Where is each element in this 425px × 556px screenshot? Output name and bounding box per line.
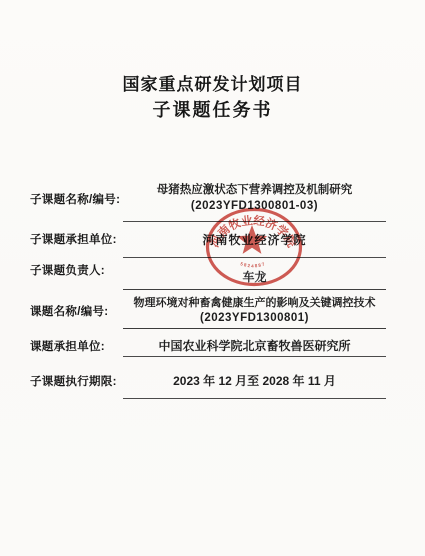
project-number-value: (2023YFD1300801) <box>123 312 386 324</box>
project-name-value: 物理环境对种畜禽健康生产的影响及关键调控技术 <box>123 294 386 310</box>
sub-project-leader-underline <box>123 289 386 290</box>
project-name-label: 课题名称/编号: <box>30 303 108 319</box>
sub-project-name-underline <box>123 221 386 222</box>
sub-project-name-value: 母猪热应激状态下营养调控及机制研究 <box>123 181 386 197</box>
execution-period-label: 子课题执行期限: <box>30 373 117 389</box>
project-unit-label: 课题承担单位: <box>30 338 105 354</box>
document-title-line1: 国家重点研发计划项目 <box>0 70 425 95</box>
execution-period-value: 2023 年 12 月至 2028 年 11 月 <box>123 372 386 389</box>
sub-project-leader-value: 车龙 <box>123 268 386 285</box>
task-book-page: 国家重点研发计划项目 子课题任务书 子课题名称/编号: 母猪热应激状态下营养调控… <box>0 0 425 556</box>
project-unit-value: 中国农业科学院北京畜牧兽医研究所 <box>123 337 386 354</box>
sub-project-unit-value: 河南牧业经济学院 <box>123 231 386 248</box>
sub-project-unit-underline <box>123 257 386 258</box>
sub-project-number-value: (2023YFD1300801-03) <box>123 200 386 212</box>
sub-project-name-label: 子课题名称/编号: <box>30 191 120 207</box>
project-unit-underline <box>123 356 386 357</box>
sub-project-leader-label: 子课题负责人: <box>30 262 105 278</box>
project-name-underline <box>123 328 386 329</box>
sub-project-unit-label: 子课题承担单位: <box>30 231 117 247</box>
document-title-line2: 子课题任务书 <box>0 96 425 122</box>
execution-period-underline <box>123 398 386 399</box>
